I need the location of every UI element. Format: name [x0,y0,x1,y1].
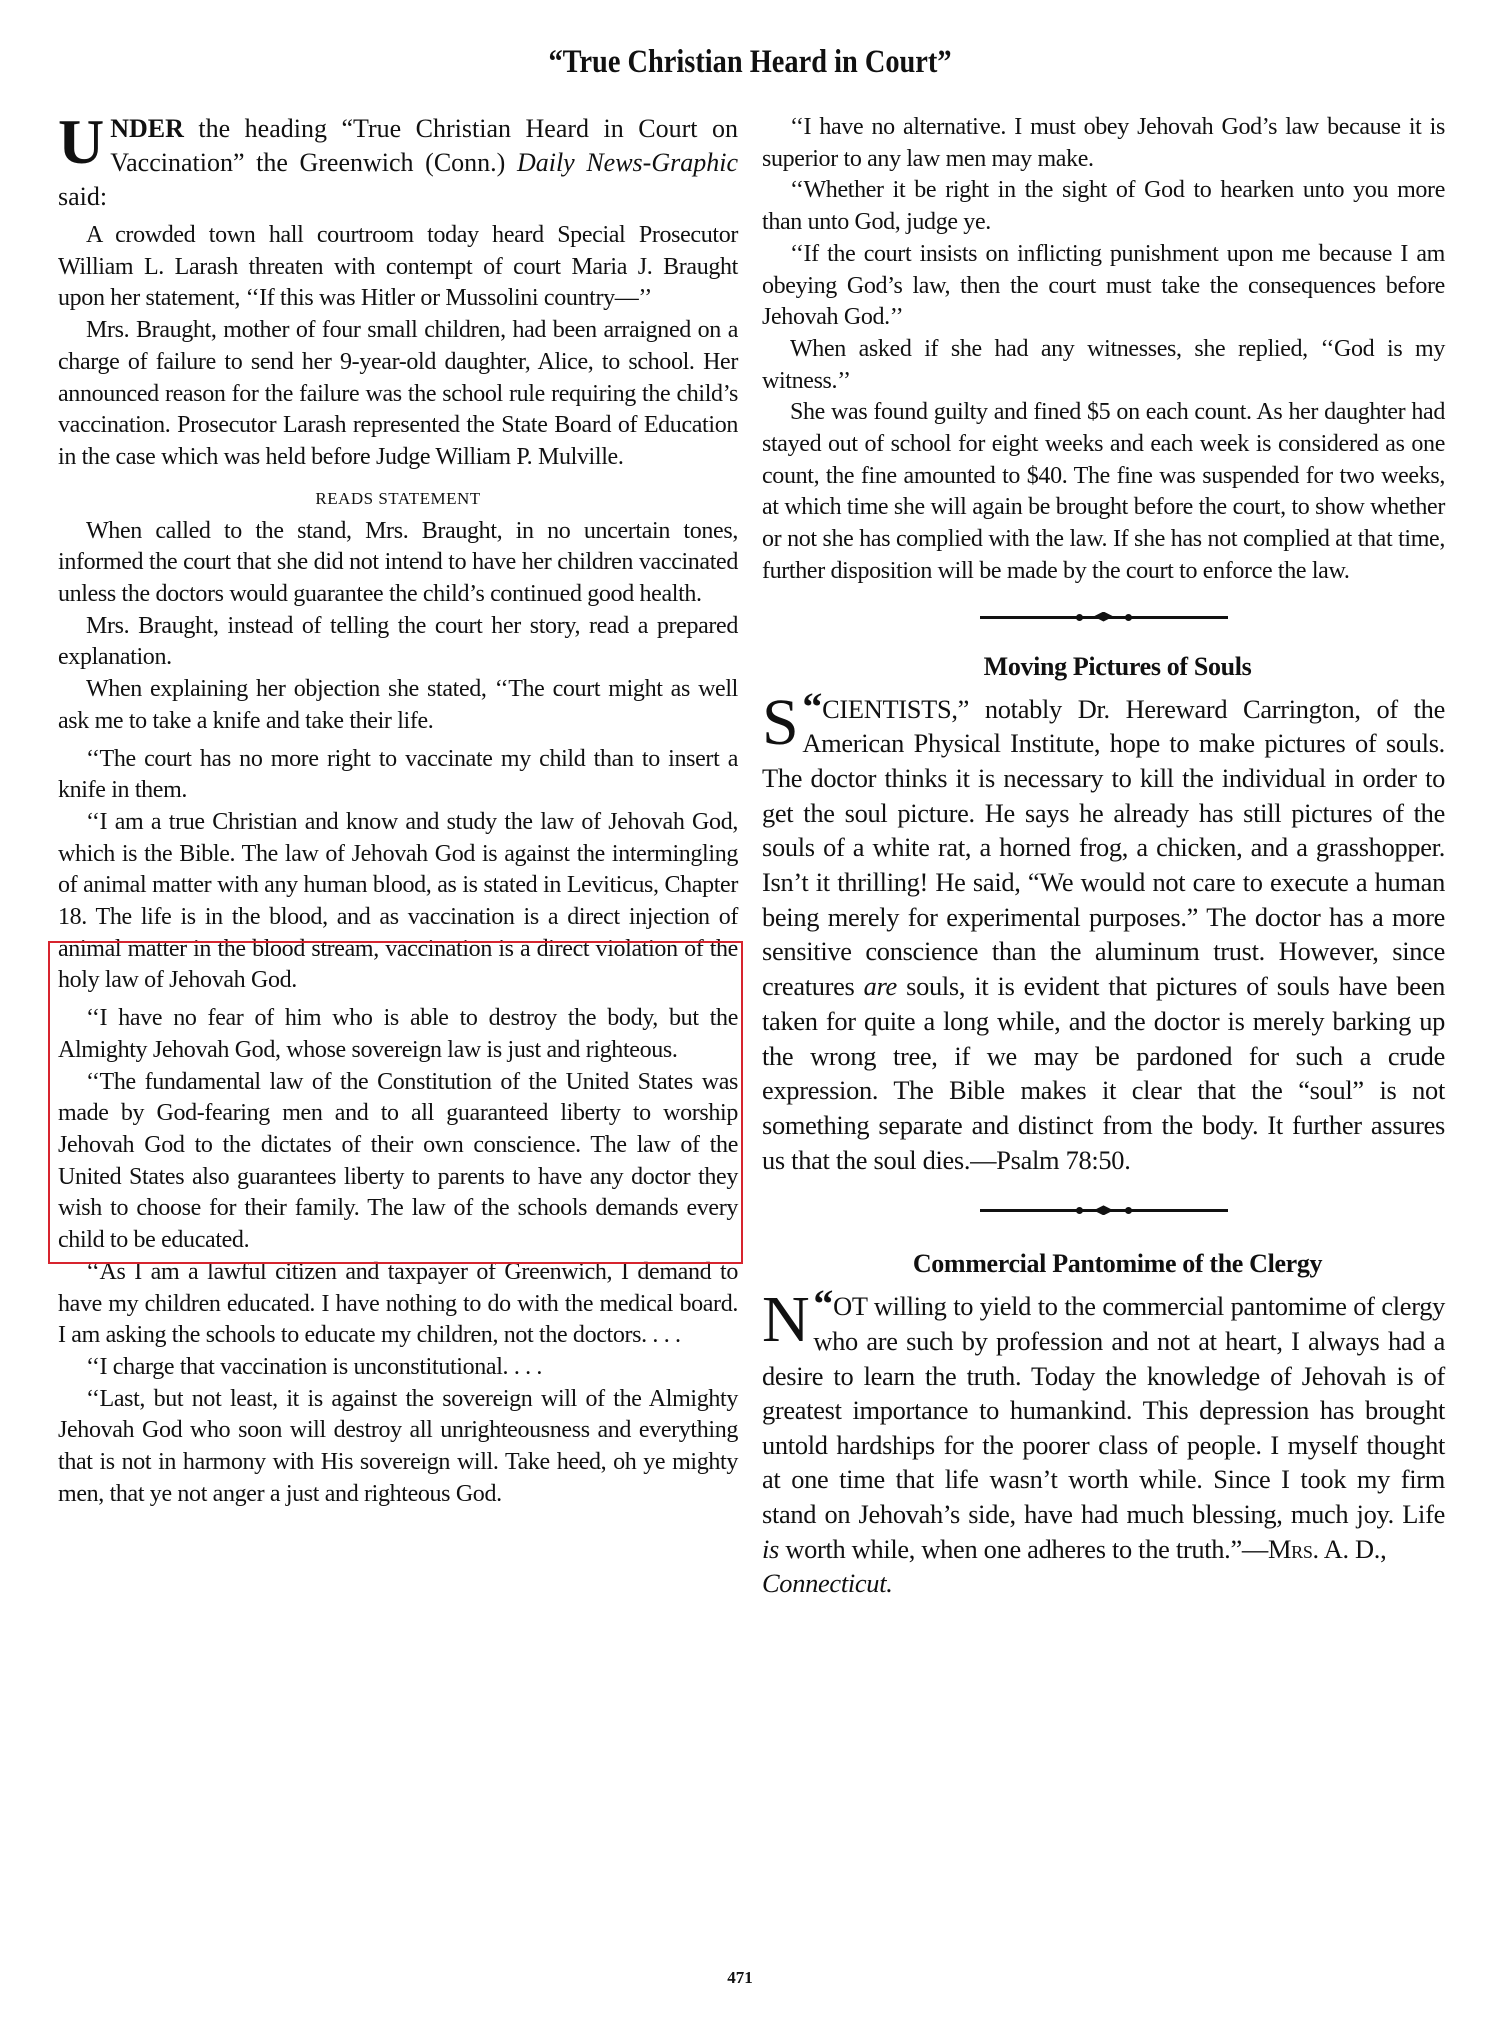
right-column: ‘‘I have no alternative. I must obey Jeh… [762,112,1445,1601]
paragraph: A crowded town hall courtroom today hear… [58,220,738,315]
ornamental-divider [980,610,1228,624]
body-text-mid: worth while, when one adheres to the tru… [779,1534,1268,1564]
body-text-end: souls, it is evident that pictures of so… [762,971,1445,1175]
signature-location: Connecticut. [762,1568,893,1598]
lead-caps: NDER [110,114,184,143]
body-text: CIENTISTS,” notably Dr. Hereward Car­rin… [762,694,1445,1002]
paragraph: ‘‘I have no fear of him who is able to d… [58,1003,738,1066]
paragraph: When asked if she had any witnesses, she… [762,334,1445,397]
article-clergy-body: “NOT willing to yield to the commercial … [762,1289,1445,1600]
emphasis: are [864,971,897,1001]
page-title: “True Christian Heard in Court” [105,44,1395,81]
signature: Mrs. A. D., [1268,1534,1386,1564]
publication-name: Daily News-Graphic [517,148,738,177]
paragraph: ‘‘The court has no more right to vaccina… [58,744,738,807]
paragraph: ‘‘Last, but not least, it is against the… [58,1384,738,1511]
left-column: UNDER the heading “True Christian Heard … [58,108,738,1510]
paragraph: Mrs. Braught, instead of telling the cou… [58,611,738,674]
open-quote: “ [802,684,822,729]
paragraph: She was found guilty and fined $5 on eac… [762,397,1445,587]
paragraph: ‘‘I am a true Christian and know and stu… [58,807,738,997]
paragraph: When called to the stand, Mrs. Braught, … [58,516,738,611]
paragraph: ‘‘As I am a lawful citizen and taxpayer … [58,1257,738,1352]
drop-cap: U [58,116,104,168]
paragraph: ‘‘The fundamental law of the Constitutio… [58,1067,738,1257]
page-number: 471 [0,1968,1480,1988]
paragraph: Mrs. Braught, mother of four small child… [58,315,738,474]
subheading: READS STATEMENT [58,488,738,510]
body-text: OT willing to yield to the commercial pa… [762,1291,1445,1529]
paragraph: ‘‘I charge that vaccination is unconstit… [58,1352,738,1384]
ornamental-divider [980,1203,1228,1217]
drop-cap: N [762,1293,809,1347]
article-intro: UNDER the heading “True Christian Heard … [58,112,738,214]
paragraph: ‘‘If the court insists on inflicting pun… [762,239,1445,334]
section-heading-clergy: Commercial Pantomime of the Clergy [762,1247,1445,1281]
drop-cap: S [762,696,798,750]
paragraph: When explaining her objection she stated… [58,674,738,737]
highlighted-passage: ‘‘The court has no more right to vaccina… [58,738,738,998]
article-souls-body: “SCIENTISTS,” notably Dr. Hereward Car­r… [762,692,1445,1178]
open-quote: “ [813,1281,833,1326]
section-heading-souls: Moving Pictures of Souls [762,650,1445,684]
emphasis: is [762,1534,779,1564]
paragraph: ‘‘Whether it be right in the sight of Go… [762,175,1445,238]
paragraph: ‘‘I have no alternative. I must obey Jeh… [762,112,1445,175]
intro-text-end: said: [58,182,107,211]
